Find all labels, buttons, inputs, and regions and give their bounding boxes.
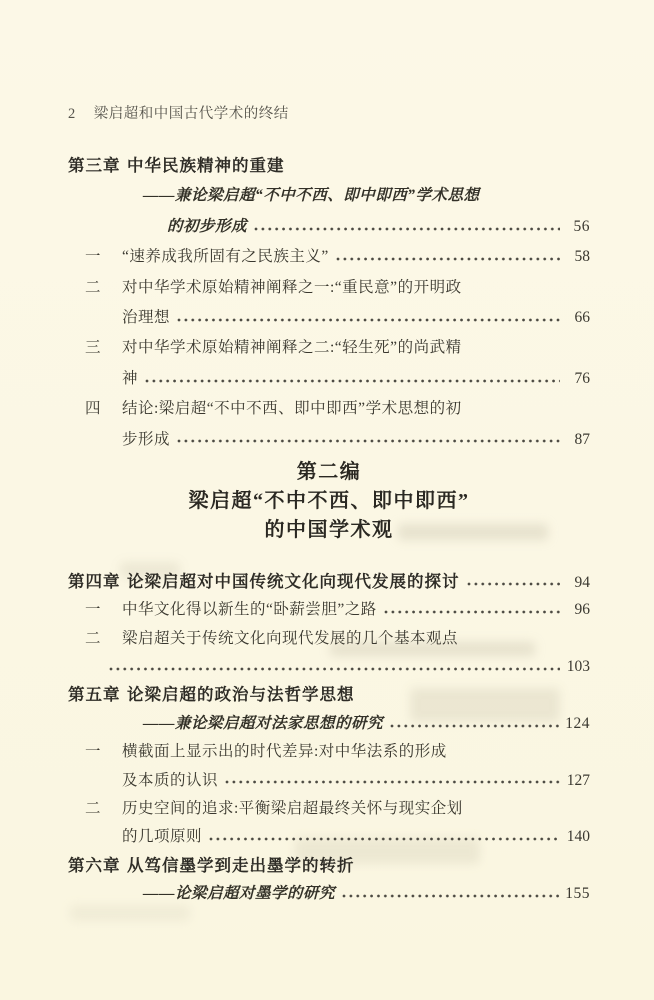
item-number: 一 (68, 242, 105, 272)
toc-chapter-line: 第三章 中华民族精神的重建 (68, 151, 590, 181)
chapter-title: 论梁启超的政治与法哲学思想 (127, 681, 355, 709)
item-text: 历史空间的追求:平衡梁启超最终关怀与现实企划 (122, 795, 463, 823)
subtitle-text: ——兼论梁启超对法家思想的研究 (143, 710, 383, 738)
toc-block-chapter3: 第三章 中华民族精神的重建 ——兼论梁启超“不中不西、即中即西”学术思想 的初步… (68, 151, 590, 455)
toc-subtitle-line: ——兼论梁启超“不中不西、即中即西”学术思想 (68, 181, 590, 211)
chapter-number: 第六章 (68, 852, 127, 880)
item-text: 神 (122, 364, 138, 394)
item-text: 治理想 (122, 303, 170, 333)
dot-leader (383, 596, 560, 624)
dot-leader (176, 425, 560, 455)
part-title-line1: 梁启超“不中不西、即中即西” (68, 487, 590, 516)
dot-leader (224, 767, 560, 795)
toc-item-line: 二 对中华学术原始精神阐释之一:“重民意”的开明政 (68, 273, 590, 303)
toc-item-line: 二 历史空间的追求:平衡梁启超最终关怀与现实企划 (68, 795, 590, 823)
toc-page-number: 87 (562, 425, 590, 455)
running-book-title: 梁启超和中国古代学术的终结 (94, 104, 289, 124)
item-text: 结论:梁启超“不中不西、即中即西”学术思想的初 (122, 394, 462, 424)
dot-leader (208, 823, 560, 851)
item-number: 二 (68, 273, 105, 303)
toc-item-line: 一 “速养成我所固有之民族主义” 58 (68, 242, 590, 272)
item-text: 中华文化得以新生的“卧薪尝胆”之路 (122, 596, 377, 624)
page-content: 2 梁启超和中国古代学术的终结 第三章 中华民族精神的重建 ——兼论梁启超“不中… (0, 0, 654, 909)
toc-page-number: 66 (562, 303, 590, 333)
toc-page-number: 76 (562, 364, 590, 394)
chapter-number: 第四章 (68, 568, 127, 596)
toc-page-number: 127 (562, 767, 590, 795)
toc-page-number: 94 (562, 569, 590, 597)
dot-leader (389, 710, 560, 738)
toc-page-number: 56 (562, 212, 590, 242)
chapter-number: 第三章 (68, 151, 127, 181)
toc-subtitle-line: ——论梁启超对墨学的研究 155 (68, 880, 590, 908)
item-number: 一 (68, 738, 105, 766)
part-number: 第二编 (68, 458, 590, 487)
toc-chapter-line: 第四章 论梁启超对中国传统文化向现代发展的探讨 94 (68, 568, 590, 596)
toc-item-continuation: 步形成 87 (68, 425, 590, 455)
subtitle-text: 的初步形成 (167, 212, 247, 242)
item-number: 一 (68, 596, 105, 624)
chapter-title: 中华民族精神的重建 (127, 151, 285, 181)
toc-item-line: 一 横截面上显示出的时代差异:对中华法系的形成 (68, 738, 590, 766)
toc-item-line: 二 梁启超关于传统文化向现代发展的几个基本观点 (68, 625, 590, 653)
dot-leader (144, 364, 560, 394)
item-text: 梁启超关于传统文化向现代发展的几个基本观点 (122, 625, 458, 653)
toc-chapter-line: 第六章 从笃信墨学到走出墨学的转折 (68, 852, 590, 880)
item-number: 二 (68, 625, 105, 653)
running-header: 2 梁启超和中国古代学术的终结 (68, 104, 590, 124)
toc-item-line: 三 对中华学术原始精神阐释之二:“轻生死”的尚武精 (68, 333, 590, 363)
folio-page-number: 2 (68, 104, 76, 124)
toc-item-line: 四 结论:梁启超“不中不西、即中即西”学术思想的初 (68, 394, 590, 424)
dot-leader (341, 880, 560, 908)
item-text: 及本质的认识 (122, 767, 218, 795)
dot-leader (108, 653, 560, 681)
dot-leader (466, 568, 561, 596)
toc-block-chapters4-6: 第四章 论梁启超对中国传统文化向现代发展的探讨 94 一 中华文化得以新生的“卧… (68, 568, 590, 909)
item-text: 的几项原则 (122, 823, 202, 851)
toc-item-continuation: 的几项原则 140 (68, 823, 590, 851)
subtitle-text: ——论梁启超对墨学的研究 (143, 880, 335, 908)
toc-page-number: 58 (562, 242, 590, 272)
item-text: 对中华学术原始精神阐释之二:“轻生死”的尚武精 (122, 333, 462, 363)
subtitle-text: ——兼论梁启超“不中不西、即中即西”学术思想 (143, 181, 480, 211)
dot-leader (253, 212, 560, 242)
item-text: 步形成 (122, 425, 170, 455)
toc-page-number: 140 (562, 823, 590, 851)
part-title-line2: 的中国学术观 (68, 516, 590, 545)
toc-subtitle-continuation: 的初步形成 56 (68, 212, 590, 242)
dot-leader (176, 303, 560, 333)
toc-chapter-line: 第五章 论梁启超的政治与法哲学思想 (68, 681, 590, 709)
item-number: 四 (68, 394, 105, 424)
toc-page-number: 103 (562, 653, 590, 681)
toc-page-number: 155 (562, 880, 590, 908)
item-text: 横截面上显示出的时代差异:对中华法系的形成 (122, 738, 447, 766)
chapter-number: 第五章 (68, 681, 127, 709)
toc-page-number: 96 (562, 596, 590, 624)
toc-page-number: 124 (562, 710, 590, 738)
toc-item-continuation: 神 76 (68, 364, 590, 394)
item-number: 三 (68, 333, 105, 363)
toc-item-continuation: 治理想 66 (68, 303, 590, 333)
dot-leader (335, 242, 560, 272)
toc-item-line: 一 中华文化得以新生的“卧薪尝胆”之路 96 (68, 596, 590, 624)
toc-item-continuation: 及本质的认识 127 (68, 767, 590, 795)
item-text: “速养成我所固有之民族主义” (122, 242, 329, 272)
toc-subtitle-line: ——兼论梁启超对法家思想的研究 124 (68, 710, 590, 738)
chapter-title: 论梁启超对中国传统文化向现代发展的探讨 (127, 568, 460, 596)
item-number: 二 (68, 795, 105, 823)
book-page-scan: 2 梁启超和中国古代学术的终结 第三章 中华民族精神的重建 ——兼论梁启超“不中… (0, 0, 654, 1000)
toc-item-continuation: 103 (68, 653, 590, 681)
item-text: 对中华学术原始精神阐释之一:“重民意”的开明政 (122, 273, 462, 303)
chapter-title: 从笃信墨学到走出墨学的转折 (127, 852, 355, 880)
part-heading: 第二编 梁启超“不中不西、即中即西” 的中国学术观 (68, 458, 590, 545)
